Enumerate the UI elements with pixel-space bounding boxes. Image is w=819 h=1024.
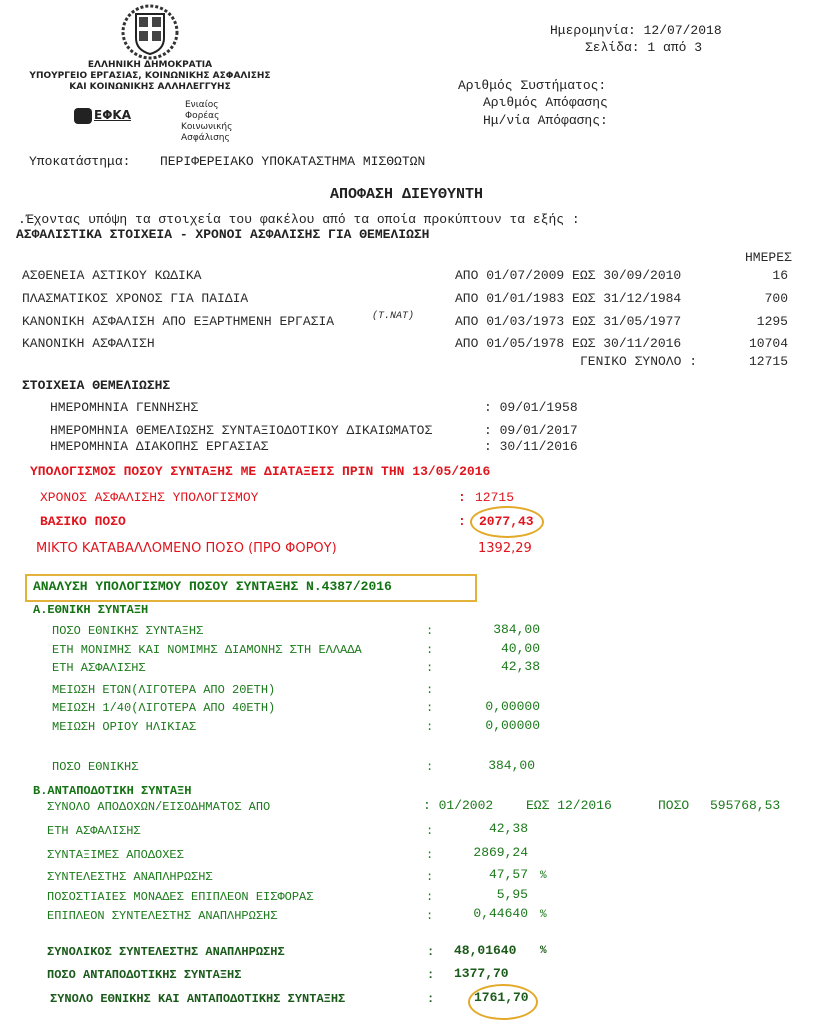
earnings-amount-label: ΠΟΣΟ <box>658 798 689 813</box>
grand-total-value: 12715 <box>740 354 788 369</box>
base-amount-colon: : <box>458 514 466 529</box>
national-row-colon: : <box>426 683 433 697</box>
days-header: ΗΜΕΡΕΣ <box>745 250 792 265</box>
contributory-heading: Β.ΑΝΤΑΠΟΔΟΤΙΚΗ ΣΥΝΤΑΞΗ <box>33 784 191 798</box>
summary-row-value: 1377,70 <box>454 966 509 981</box>
old-calc-time-value: 12715 <box>475 490 514 505</box>
national-row-label: ΜΕΙΩΣΗ ΕΤΩΝ(ΛΙΓΟΤΕΡΑ ΑΠΟ 20ΕΤΗ) <box>52 683 275 697</box>
gross-amount-value: 1392,29 <box>478 541 532 556</box>
contributory-row-label: ΣΥΝΤΑΞΙΜΕΣ ΑΠΟΔΟΧΕΣ <box>47 848 184 862</box>
national-row-label: ΕΤΗ ΜΟΝΙΜΗΣ ΚΑΙ ΝΟΜΙΜΗΣ ΔΙΑΜΟΝΗΣ ΣΤΗ ΕΛΛ… <box>52 643 362 657</box>
branch-value: ΠΕΡΙΦΕΡΕΙΑΚΟ ΥΠΟΚΑΤΑΣΤΗΜΑ ΜΙΣΘΩΤΩΝ <box>160 154 425 169</box>
old-calc-time-label: ΧΡΟΝΟΣ ΑΣΦΑΛΙΣΗΣ ΥΠΟΛΟΓΙΣΜΟΥ <box>40 490 258 505</box>
insurance-row-label: ΚΑΝΟΝΙΚΗ ΑΣΦΑΛΙΣΗ <box>22 336 155 351</box>
efka-desc-3: Κοινωνικής <box>181 122 232 132</box>
gross-amount-label: ΜΙΚΤΟ ΚΑΤΑΒΑΛΛΟΜΕΝΟ ΠΟΣΟ (ΠΡΟ ΦΟΡΟΥ) <box>36 541 337 556</box>
insurance-row-period: ΑΠΟ 01/01/1983 ΕΩΣ 31/12/1984 <box>455 291 681 306</box>
earnings-amount: 595768,53 <box>710 798 780 813</box>
highlight-circle <box>470 506 544 538</box>
old-calc-heading: ΥΠΟΛΟΓΙΣΜΟΣ ΠΟΣΟΥ ΣΥΝΤΑΞΗΣ ΜΕ ΔΙΑΤΑΞΕΙΣ … <box>30 464 490 479</box>
contributory-row-label: ΕΤΗ ΑΣΦΑΛΙΣΗΣ <box>47 824 141 838</box>
grand-total-label: ΓΕΝΙΚΟ ΣΥΝΟΛΟ : <box>580 354 697 369</box>
insurance-row-label: ΠΛΑΣΜΑΤΙΚΟΣ ΧΡΟΝΟΣ ΓΙΑ ΠΑΙΔΙΑ <box>22 291 248 306</box>
page-label: Σελίδα: 1 από 3 <box>585 40 702 55</box>
decision-no-label: Αριθμός Απόφασης <box>483 95 608 110</box>
summary-row-colon: : <box>427 945 434 959</box>
org-line-3: ΚΑΙ ΚΟΙΝΩΝΙΚΗΣ ΑΛΛΗΛΕΓΓΥΗΣ <box>0 82 300 92</box>
contributory-row-colon: : <box>426 824 433 838</box>
foundation-row-label: ΗΜΕΡΟΜΗΝΙΑ ΓΕΝΝΗΣΗΣ <box>50 400 198 415</box>
efka-desc-4: Ασφάλισης <box>181 133 230 143</box>
national-row-value: 42,38 <box>460 659 540 674</box>
contributory-row-value: 0,44640 <box>440 906 528 921</box>
efka-label: ΕΦΚΑ <box>94 108 131 122</box>
insurance-row-label: ΚΑΝΟΝΙΚΗ ΑΣΦΑΛΙΣΗ ΑΠΟ ΕΞΑΡΤΗΜΕΝΗ ΕΡΓΑΣΙΑ <box>22 314 334 329</box>
national-row-label: ΠΟΣΟ ΕΘΝΙΚΗΣ ΣΥΝΤΑΞΗΣ <box>52 624 203 638</box>
foundation-row-value: : 09/01/2017 <box>484 423 578 438</box>
insurance-row-period: ΑΠΟ 01/03/1973 ΕΩΣ 31/05/1977 <box>455 314 681 329</box>
insurance-row-days: 1295 <box>740 314 788 329</box>
insurance-row-days: 10704 <box>740 336 788 351</box>
foundation-row-value: : 30/11/2016 <box>484 439 578 454</box>
earnings-label: ΣΥΝΟΛΟ ΑΠΟΔΟΧΩΝ/ΕΙΣΟΔΗΜΑΤΟΣ ΑΠΟ <box>47 800 270 814</box>
insurance-row-days: 16 <box>740 268 788 283</box>
earnings-from: : 01/2002 <box>423 798 493 813</box>
contributory-row-colon: : <box>426 848 433 862</box>
summary-row-colon: : <box>427 992 434 1006</box>
national-row-value: 0,00000 <box>460 699 540 714</box>
base-amount-label: ΒΑΣΙΚΟ ΠΟΣΟ <box>40 514 126 529</box>
contributory-row-value: 2869,24 <box>440 845 528 860</box>
national-row-label: ΕΤΗ ΑΣΦΑΛΙΣΗΣ <box>52 661 146 675</box>
national-row-colon: : <box>426 661 433 675</box>
foundation-row-label: ΗΜΕΡΟΜΗΝΙΑ ΘΕΜΕΛΙΩΣΗΣ ΣΥΝΤΑΞΙΟΔΟΤΙΚΟΥ ΔΙ… <box>50 423 432 438</box>
contributory-row-colon: : <box>426 870 433 884</box>
foundation-row-value: : 09/01/1958 <box>484 400 578 415</box>
national-row-value: 384,00 <box>460 622 540 637</box>
intro-text: .Έχοντας υπόψη τα στοιχεία του φακέλου α… <box>18 212 580 227</box>
efka-desc-2: Φορέας <box>185 111 219 121</box>
national-total-label: ΠΟΣΟ ΕΘΝΙΚΗΣ <box>52 760 138 774</box>
greek-coat-of-arms-icon <box>121 4 179 60</box>
national-row-colon: : <box>426 624 433 638</box>
insurance-row-days: 700 <box>740 291 788 306</box>
contributory-row-value: 42,38 <box>440 821 528 836</box>
org-line-2: ΥΠΟΥΡΓΕΙΟ ΕΡΓΑΣΙΑΣ, ΚΟΙΝΩΝΙΚΗΣ ΑΣΦΑΛΙΣΗΣ <box>0 71 300 81</box>
insurance-row-period: ΑΠΟ 01/07/2009 ΕΩΣ 30/09/2010 <box>455 268 681 283</box>
highlight-circle-total <box>468 984 538 1020</box>
contributory-row-colon: : <box>426 890 433 904</box>
percent-sign: % <box>540 870 547 882</box>
foundation-row-label: ΗΜΕΡΟΜΗΝΙΑ ΔΙΑΚΟΠΗΣ ΕΡΓΑΣΙΑΣ <box>50 439 268 454</box>
percent-sign: % <box>540 945 547 957</box>
summary-row-colon: : <box>427 968 434 982</box>
summary-row-label: ΣΥΝΟΛΟ ΕΘΝΙΚΗΣ ΚΑΙ ΑΝΤΑΠΟΔΟΤΙΚΗΣ ΣΥΝΤΑΞΗ… <box>50 992 345 1006</box>
contributory-row-colon: : <box>426 909 433 923</box>
contributory-row-value: 5,95 <box>440 887 528 902</box>
national-row-value: 0,00000 <box>460 718 540 733</box>
earnings-to: ΕΩΣ 12/2016 <box>526 798 612 813</box>
national-total-colon: : <box>426 760 433 774</box>
old-calc-time-colon: : <box>458 490 466 505</box>
org-line-1: ΕΛΛΗΝΙΚΗ ΔΗΜΟΚΡΑΤΙΑ <box>0 60 300 70</box>
national-heading: Α.ΕΘΝΙΚΗ ΣΥΝΤΑΞΗ <box>33 603 148 617</box>
handwritten-note: (Τ.ΝΑΤ) <box>372 311 414 322</box>
insurance-row-label: ΑΣΘΕΝΕΙΑ ΑΣΤΙΚΟΥ ΚΩΔΙΚΑ <box>22 268 201 283</box>
decision-date-label: Ημ/νία Απόφασης: <box>483 113 608 128</box>
contributory-row-label: ΕΠΙΠΛΕΟΝ ΣΥΝΤΕΛΕΣΤΗΣ ΑΝΑΠΛΗΡΩΣΗΣ <box>47 909 277 923</box>
contributory-row-label: ΣΥΝΤΕΛΕΣΤΗΣ ΑΝΑΠΛΗΡΩΣΗΣ <box>47 870 213 884</box>
national-total-value: 384,00 <box>460 758 535 773</box>
branch-label: Υποκατάστημα: <box>29 154 130 169</box>
national-row-label: ΜΕΙΩΣΗ 1/40(ΛΙΓΟΤΕΡΑ ΑΠΟ 40ΕΤΗ) <box>52 701 275 715</box>
insurance-heading: ΑΣΦΑΛΙΣΤΙΚΑ ΣΤΟΙΧΕΙΑ - ΧΡΟΝΟΙ ΑΣΦΑΛΙΣΗΣ … <box>16 227 429 242</box>
percent-sign: % <box>540 909 547 921</box>
national-row-value: 40,00 <box>460 641 540 656</box>
page-title: ΑΠΟΦΑΣΗ ΔΙΕΥΘΥΝΤΗ <box>330 186 483 203</box>
foundation-heading: ΣΤΟΙΧΕΙΑ ΘΕΜΕΛΙΩΣΗΣ <box>22 378 170 393</box>
date-label: Ημερομηνία: 12/07/2018 <box>550 23 722 38</box>
summary-row-label: ΠΟΣΟ ΑΝΤΑΠΟΔΟΤΙΚΗΣ ΣΥΝΤΑΞΗΣ <box>47 968 241 982</box>
contributory-row-value: 47,57 <box>440 867 528 882</box>
summary-row-value: 48,01640 <box>454 943 516 958</box>
national-row-colon: : <box>426 720 433 734</box>
efka-logo-icon <box>74 108 92 124</box>
national-row-label: ΜΕΙΩΣΗ ΟΡΙΟΥ ΗΛΙΚΙΑΣ <box>52 720 196 734</box>
insurance-row-period: ΑΠΟ 01/05/1978 ΕΩΣ 30/11/2016 <box>455 336 681 351</box>
new-calc-heading: ΑΝΑΛΥΣΗ ΥΠΟΛΟΓΙΣΜΟΥ ΠΟΣΟΥ ΣΥΝΤΑΞΗΣ Ν.438… <box>33 579 392 594</box>
contributory-row-label: ΠΟΣΟΣΤΙΑΙΕΣ ΜΟΝΑΔΕΣ ΕΠΙΠΛΕΟΝ ΕΙΣΦΟΡΑΣ <box>47 890 313 904</box>
system-no-label: Αριθμός Συστήματος: <box>458 78 606 93</box>
national-row-colon: : <box>426 701 433 715</box>
summary-row-label: ΣΥΝΟΛΙΚΟΣ ΣΥΝΤΕΛΕΣΤΗΣ ΑΝΑΠΛΗΡΩΣΗΣ <box>47 945 285 959</box>
efka-desc-1: Ενιαίος <box>185 100 219 110</box>
national-row-colon: : <box>426 643 433 657</box>
